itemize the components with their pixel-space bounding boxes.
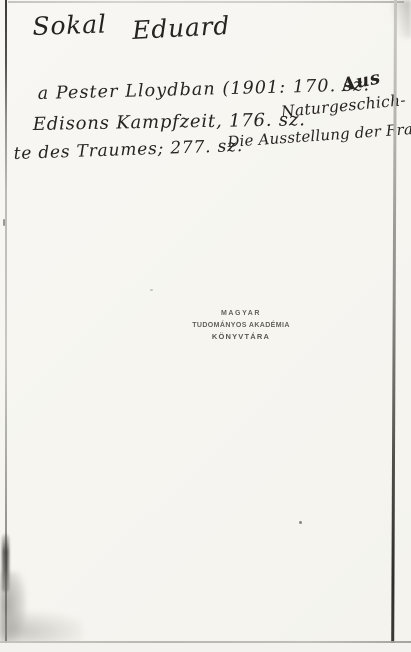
library-ownership-stamp: MAGYAR TUDOMÁNYOS AKADÉMIA KÖNYVTÁRA (183, 308, 299, 343)
paper-speck (3, 219, 5, 226)
catalog-card: Sokal Eduard a Pester Lloydban (1901: 17… (0, 0, 411, 643)
handwritten-author-forename: Eduard (131, 11, 230, 45)
handwritten-author-surname: Sokal (32, 9, 107, 41)
paper-speck (299, 521, 302, 524)
handwritten-note-line-3-main: te des Traumes; 277. sz. (13, 136, 243, 164)
scan-smudge-top-right (392, 0, 411, 38)
handwritten-note-line-1-raised: Aus (340, 67, 383, 96)
scanned-page: Sokal Eduard a Pester Lloydban (1901: 17… (0, 0, 411, 652)
stamp-line-konyvtara: KÖNYVTÁRA (183, 331, 299, 343)
paper-speck (150, 289, 153, 291)
scan-smudge-bottom-left (0, 612, 82, 644)
stamp-line-akademia: TUDOMÁNYOS AKADÉMIA (183, 320, 299, 332)
scan-background-strip (0, 643, 411, 652)
card-edge-top (8, 1, 404, 3)
stamp-line-magyar: MAGYAR (183, 308, 299, 320)
